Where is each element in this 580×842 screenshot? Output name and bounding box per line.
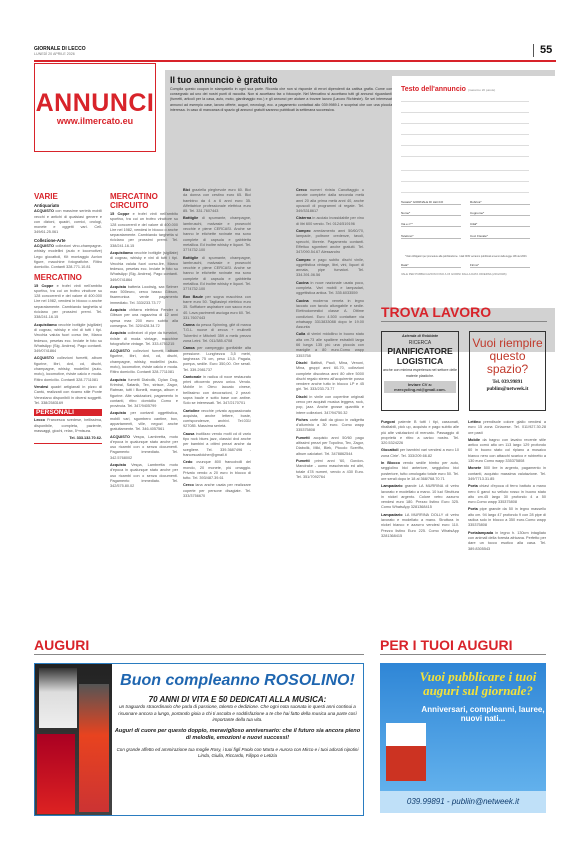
label: Testata* xyxy=(401,200,412,204)
auguri-title: AUGURI xyxy=(34,638,89,653)
list-item: Dischi Battisti, Paoli, Mina, Venoni, Mi… xyxy=(296,361,364,393)
ad-lead: Acquisto xyxy=(110,285,126,289)
ad-lead: Acquisto xyxy=(110,308,126,312)
list-item: Culla di vimini midollino in buono stato… xyxy=(296,332,364,358)
list-item: Dischi in vinile con copertine originali… xyxy=(296,395,364,416)
text-line[interactable] xyxy=(401,156,529,157)
list-item: Cisterna in acciaio inossidabile per vin… xyxy=(296,216,364,227)
list-item: Cucina in noce nazionale usata poco, com… xyxy=(296,281,364,297)
ad-lead: Acquisto xyxy=(110,463,126,467)
field-citta[interactable]: Città* xyxy=(470,222,530,226)
list-item: Acquisto fumetti Diabolik, Dylan Dog, Kr… xyxy=(110,378,178,410)
field-cod-fiscale[interactable]: Cod. Fiscale* xyxy=(470,234,530,238)
ad-lead: Portalampada xyxy=(468,531,493,535)
header-divider xyxy=(34,60,556,62)
list-item: Acquisto per contanti oggettistica, mobi… xyxy=(110,411,178,432)
photo-performer xyxy=(79,684,109,812)
list-item: Box Baule per sogna macchina con barre e… xyxy=(183,295,251,321)
logo-title: ANNUNCI xyxy=(36,90,155,116)
ad-lead: Cartoline xyxy=(183,409,199,413)
ad-lead: Acquisto xyxy=(110,411,126,415)
section-varie: VARIE xyxy=(34,192,102,201)
page-number: 55 xyxy=(533,44,552,57)
auguri-ad: Buon compleanno ROSOLINO! 70 ANNI DI VIT… xyxy=(34,663,364,816)
ad-text: prendisole colore giallo vendesi a euro … xyxy=(468,420,546,435)
ad-lead: Furgoni xyxy=(381,420,395,424)
list-item: Lampadario LA MURRINA DOLLY di vetro lav… xyxy=(381,513,459,539)
ad-lead: Acquistiamo xyxy=(110,251,133,255)
list-item: ACQUISTO collezioni fumetti, album figur… xyxy=(34,356,102,382)
list-item: Cerco lana anche usata per realizzare co… xyxy=(183,483,251,499)
field-via[interactable]: Via e n°* xyxy=(401,222,461,226)
divider xyxy=(34,654,364,655)
ad-lead: ACQUISTO xyxy=(34,209,54,213)
divider xyxy=(381,321,547,322)
list-item: Porta chiavi d'epoca di ferro battuto a … xyxy=(468,484,546,505)
subsection-collezione-arte: Collezione-Arte xyxy=(34,238,102,243)
list-item: ACQUISTO Vespa, Lambretta, moto d'epoca … xyxy=(110,435,178,461)
auguri-wishes: Auguri di cuore per questo doppio, merav… xyxy=(112,728,363,743)
list-item: Bottiglie di spumante, champagne, lambru… xyxy=(183,256,251,293)
field-cognome[interactable]: Cognome* xyxy=(470,211,530,215)
ad-text: inutilizzo vendo molti cd di vario tipo … xyxy=(183,432,251,457)
ad-text: vecchie bottiglie (sigillate) di cognac,… xyxy=(34,323,102,353)
ad-lead: Dischi xyxy=(296,361,307,365)
auguri-signature: Con grande affetto ed ammirazione tua mo… xyxy=(112,747,363,760)
ad-lead: Vendesi xyxy=(34,385,48,389)
promo-contact[interactable]: 039.99891 - publiin@netweek.it xyxy=(380,791,546,813)
list-item: Portalampada in legno h. 130cm intagliat… xyxy=(468,531,546,552)
list-item: Acquisto Vespa, Lambretta moto d'epoca i… xyxy=(110,463,178,489)
ad-lead: Dischi xyxy=(296,395,307,399)
ad-text: di vimini midollino in buono stato alta … xyxy=(296,332,364,357)
ad-lead: Causa xyxy=(183,432,194,436)
list-item: Fumetti acquisto anni 50/60 pago altissi… xyxy=(296,436,364,457)
list-item: Acquisto collezioni di pipe da fumatori,… xyxy=(110,331,178,347)
ad-text: da bagno con lavabo recente stile antico… xyxy=(468,438,546,463)
list-item: Acquisto chitarra elettrica Fender o Gib… xyxy=(110,308,178,329)
list-item: Bottiglie di spumante, champagne, lambru… xyxy=(183,216,251,253)
photo-singer xyxy=(39,668,77,728)
list-item: Giocattoli per bambini vari vendesi a eu… xyxy=(381,448,459,459)
ad-lead: Lampadario xyxy=(381,513,403,517)
ad-lead: Compro xyxy=(296,258,311,262)
personali-phone[interactable]: Tel. 333.132.70.62. xyxy=(34,436,102,443)
list-item: ACQUISTO collezioni fumetti, album figur… xyxy=(110,349,178,375)
promo-question: Vuoi riempire questo spazio? xyxy=(470,337,545,376)
field-nome[interactable]: Nome* xyxy=(401,211,461,215)
column-annunci-4: Cerco numeri rivista Canottaggio o annat… xyxy=(296,188,364,482)
ad-text: numeri rivista Canottaggio o annate comp… xyxy=(296,188,364,213)
ad-text: graziella pieghevole euro 60. Bici da do… xyxy=(183,188,251,213)
ad-lead: Cantonale xyxy=(183,375,201,379)
column-varie: VARIE Antiquariato ACQUISTO con massime … xyxy=(34,190,102,444)
list-item: Cantonale in radica di noce restaurato p… xyxy=(183,375,251,407)
ad-text: in radica di noce restaurato primi ottoc… xyxy=(183,375,251,405)
divider xyxy=(380,654,546,655)
ad-text: ovunque 800 francobolli del mondo, 20 mo… xyxy=(183,460,251,480)
field-testata[interactable]: Testata* GIORNALE DI LECCO xyxy=(401,200,461,204)
per-i-tuoi-auguri-title: PER I TUOI AUGURI xyxy=(380,638,513,653)
ad-text: chiavi d'epoca di ferro battuto a mano n… xyxy=(468,484,546,504)
trova-lavoro-title: TROVA LAVORO xyxy=(381,305,491,320)
promo-email[interactable]: publim@netweek.it xyxy=(470,386,545,393)
column-annunci-3: Bici graziella pieghevole euro 60. Bici … xyxy=(183,188,251,501)
ad-lead: 15 Coppe xyxy=(34,284,53,288)
ad-lead: Fumetti xyxy=(296,459,310,463)
auguri-message: Buon compleanno ROSOLINO! 70 ANNI DI VIT… xyxy=(112,664,363,815)
ad-lead: Lampadario xyxy=(381,484,403,488)
ad-lead: Cedo xyxy=(183,460,193,464)
section-mercatino-circuito: MERCATINO CIRCUITO xyxy=(110,192,178,210)
ad-lead: Bottiglie xyxy=(183,256,198,260)
ad-text: di spumante, champagne, lambruschi, malv… xyxy=(183,256,251,292)
job-ad: Azienda di Robbiate RICERCA PIANIFICATOR… xyxy=(381,331,459,411)
text-line[interactable] xyxy=(401,134,529,135)
list-item: ACQUISTO con massime serietà mobili vecc… xyxy=(34,209,102,235)
list-item: Lampadario grande LA MURRINA di vetro la… xyxy=(381,484,459,510)
list-item: Compro e pago subito dischi vinile, ogge… xyxy=(296,258,364,279)
ad-lead: Acquistiamo xyxy=(34,323,57,327)
ad-text: vecchie bottiglie (sigillate) di cognac,… xyxy=(110,251,178,281)
ad-lead: Cerco xyxy=(296,188,307,192)
ad-lead: Lettino xyxy=(468,420,481,424)
list-item: Canna da pesca Spinning, gilè di marca T… xyxy=(183,323,251,344)
ad-lead: Porta xyxy=(468,484,478,488)
form-note: * Dati obbligatori per procedere alla pu… xyxy=(401,255,531,258)
promo-contact: Tel. 039.99891publim@netweek.it xyxy=(470,379,545,393)
ad-text: e trofei vinti nell'ambito sportivo, tra… xyxy=(110,212,178,248)
field-rubrica[interactable]: Rubrica* xyxy=(470,200,530,204)
text-line[interactable] xyxy=(401,181,529,182)
form-title: Testo dell'annuncio (massimo 20 parole) xyxy=(401,86,495,93)
list-item: Vendesi quadri artigianali in pizzo di C… xyxy=(34,385,102,406)
list-item: Acquisto batteria Loodwig, sax Selmer ma… xyxy=(110,285,178,306)
list-item: Lecco Francesca svedese, bellissima, dis… xyxy=(34,418,102,434)
list-item: 15 Coppe e trofei vinti nell'ambito spor… xyxy=(34,284,102,321)
ad-lead: Box Baule xyxy=(183,295,203,299)
ad-text: fumetti Diabolik, Dylan Dog, Krimiral, S… xyxy=(110,378,178,408)
ad-lead: Fiches xyxy=(296,418,308,422)
cupcake-icon xyxy=(386,723,426,781)
section-personali: PERSONALI xyxy=(34,409,102,416)
ad-lead: Cucina xyxy=(296,281,309,285)
ad-text: lana anche usata per realizzare coperte … xyxy=(183,483,251,498)
cv-email[interactable]: mrecycling.mi@gmail.com. xyxy=(385,387,455,392)
issue-date: LUNEDÌ 20 APRILE 2026 xyxy=(34,52,75,56)
field-telefono[interactable]: Telefono* xyxy=(401,234,461,238)
list-item: Cartoline vecchie privato appassionato a… xyxy=(183,409,251,430)
text-line[interactable] xyxy=(401,123,529,124)
auguri-paragraph: un traguardo straordinario che parla di … xyxy=(112,704,363,724)
job-cv-box: Inviare CV a:mrecycling.mi@gmail.com. xyxy=(384,381,456,393)
list-item: Causa inutilizzo vendo molti cd di vario… xyxy=(183,432,251,458)
column-annunci-5: Furgoni patente B tutti i tipi, cassonat… xyxy=(381,420,459,541)
ad-lead: Fumetti xyxy=(296,436,310,440)
list-item: In Blocco vendo sedile bimbo per auto, s… xyxy=(381,461,459,482)
ad-lead: Giocattoli xyxy=(381,448,399,452)
list-item: Acquistiamo vecchie bottiglie (sigillate… xyxy=(34,323,102,355)
ad-lead: Culla xyxy=(296,332,305,336)
list-item: Bici graziella pieghevole euro 60. Bici … xyxy=(183,188,251,214)
list-item: Monete 500 lire in argento, pagamento in… xyxy=(468,466,546,482)
ad-lead: ACQUISTO xyxy=(34,244,54,248)
photo-album xyxy=(37,734,75,814)
ad-lead: Cerco xyxy=(183,483,194,487)
list-item: Fiches carte dadi da gioco in valigetta … xyxy=(296,418,364,434)
photo-collage xyxy=(35,664,112,815)
ad-lead: Lecco xyxy=(34,418,45,422)
ad-lead: ACQUISTO xyxy=(110,349,130,353)
column-mercatino-circuito: MERCATINO CIRCUITO 15 Coppe e trofei vin… xyxy=(110,190,178,492)
ad-text: pipe grande da 50 in legno massello alto… xyxy=(468,507,546,527)
field-data[interactable]: Data* xyxy=(401,263,461,267)
ad-lead: Bottiglie xyxy=(183,216,198,220)
list-item: Cedo ovunque 800 francobolli del mondo, … xyxy=(183,460,251,481)
list-item: ACQUISTO collezioni vino-champagne-whisk… xyxy=(34,244,102,270)
subsection-antiquariato: Antiquariato xyxy=(34,203,102,208)
ad-text: e trofei vinti nell'ambito sportivo, tra… xyxy=(34,284,102,320)
auguri-subhead: 70 ANNI DI VITA E 50 DEDICATI ALLA MUSIC… xyxy=(112,695,363,704)
ad-lead: Cucina xyxy=(296,299,309,303)
job-description: anche con minima esperienza nel settore … xyxy=(382,368,458,379)
annunci-logo: ANNUNCI www.ilmercato.eu xyxy=(34,63,156,152)
list-item: Cerco numeri rivista Canottaggio o annat… xyxy=(296,188,364,214)
ad-text: moderna veneta in legno laccato con tavo… xyxy=(296,299,364,329)
ad-text: Francesca svedese, bellissima, disponibi… xyxy=(34,418,102,433)
text-line[interactable] xyxy=(401,192,529,193)
text-line[interactable] xyxy=(401,145,529,146)
list-item: Canoa per campeggio gonfiabile alta pres… xyxy=(183,346,251,372)
logo-url[interactable]: www.ilmercato.eu xyxy=(57,116,133,126)
ad-lead: 15 Coppe xyxy=(110,212,129,216)
list-item: Compro arredamento anni 50/60/70, lampad… xyxy=(296,229,364,255)
ad-lead: Canna xyxy=(183,323,195,327)
text-line[interactable] xyxy=(401,101,529,102)
ad-lead: ACQUISTO xyxy=(110,435,130,439)
ad-lead: Porta xyxy=(468,507,478,511)
ad-text: di spumante, champagne, lambruschi, malv… xyxy=(183,216,251,252)
ad-lead: Acquisto xyxy=(110,378,126,382)
value: GIORNALE DI LECCO xyxy=(413,200,444,204)
ad-lead: Bici xyxy=(183,188,190,192)
ad-lead: Compro xyxy=(296,229,311,233)
form-validity: VALE PER PUBBLICAZIONI FINO A 15 GIORNI … xyxy=(401,272,531,276)
field-firma[interactable]: Firma* xyxy=(470,263,530,267)
text-line[interactable] xyxy=(401,112,529,113)
form-hint: (massimo 20 parole) xyxy=(468,88,495,92)
info-title: Il tuo annuncio è gratuito xyxy=(170,75,278,85)
list-item: Fumetti primi anni '60, Gordon-Mandrake … xyxy=(296,459,364,480)
ad-text: in vinile con copertine originali cerco … xyxy=(296,395,364,415)
ad-lead: Canoa xyxy=(183,346,195,350)
section-mercatino: MERCATINO xyxy=(34,273,102,282)
text-line[interactable] xyxy=(401,170,529,171)
list-item: Lettino prendisole colore giallo vendesi… xyxy=(468,420,546,436)
ad-lead: Acquisto xyxy=(110,331,126,335)
auguri-promo-ad: Vuoi pubblicare i tuoi auguri sul giorna… xyxy=(380,663,546,813)
ad-lead: Mobile xyxy=(468,438,480,442)
list-item: Mobile da bagno con lavabo recente stile… xyxy=(468,438,546,464)
promo-phone[interactable]: Tel. 039.99891 xyxy=(470,379,545,386)
list-item: Cucina moderna veneta in legno laccato c… xyxy=(296,299,364,331)
ad-text: Battisti, Paoli, Mina, Venoni, Mina, gru… xyxy=(296,361,364,391)
ad-lead: Monete xyxy=(468,466,481,470)
list-item: Porta pipe grande da 50 in legno massell… xyxy=(468,507,546,528)
job-company: Azienda di Robbiate xyxy=(382,334,458,338)
promo-ad: Vuoi riempire questo spazio? Tel. 039.99… xyxy=(469,331,546,411)
ad-lead: Cisterna xyxy=(296,216,311,220)
promo-headline: Vuoi pubblicare i tuoi auguri sul giorna… xyxy=(410,670,546,698)
ad-lead: In Blocco xyxy=(381,461,400,465)
column-annunci-6: Lettino prendisole colore giallo vendesi… xyxy=(468,420,546,554)
auguri-headline: Buon compleanno ROSOLINO! xyxy=(112,672,363,690)
list-item: 15 Coppe e trofei vinti nell'ambito spor… xyxy=(110,212,178,249)
ad-lead: ACQUISTO xyxy=(34,356,54,360)
promo-subtext: Anniversari, compleanni, lauree, nuovi n… xyxy=(420,705,546,723)
form-title-text: Testo dell'annuncio xyxy=(401,86,466,93)
list-item: Furgoni patente B tutti i tipi, cassonat… xyxy=(381,420,459,446)
list-item: Acquistiamo vecchie bottiglie (sigillate… xyxy=(110,251,178,283)
job-role: PIANIFICATORE LOGISTICA xyxy=(382,346,458,366)
